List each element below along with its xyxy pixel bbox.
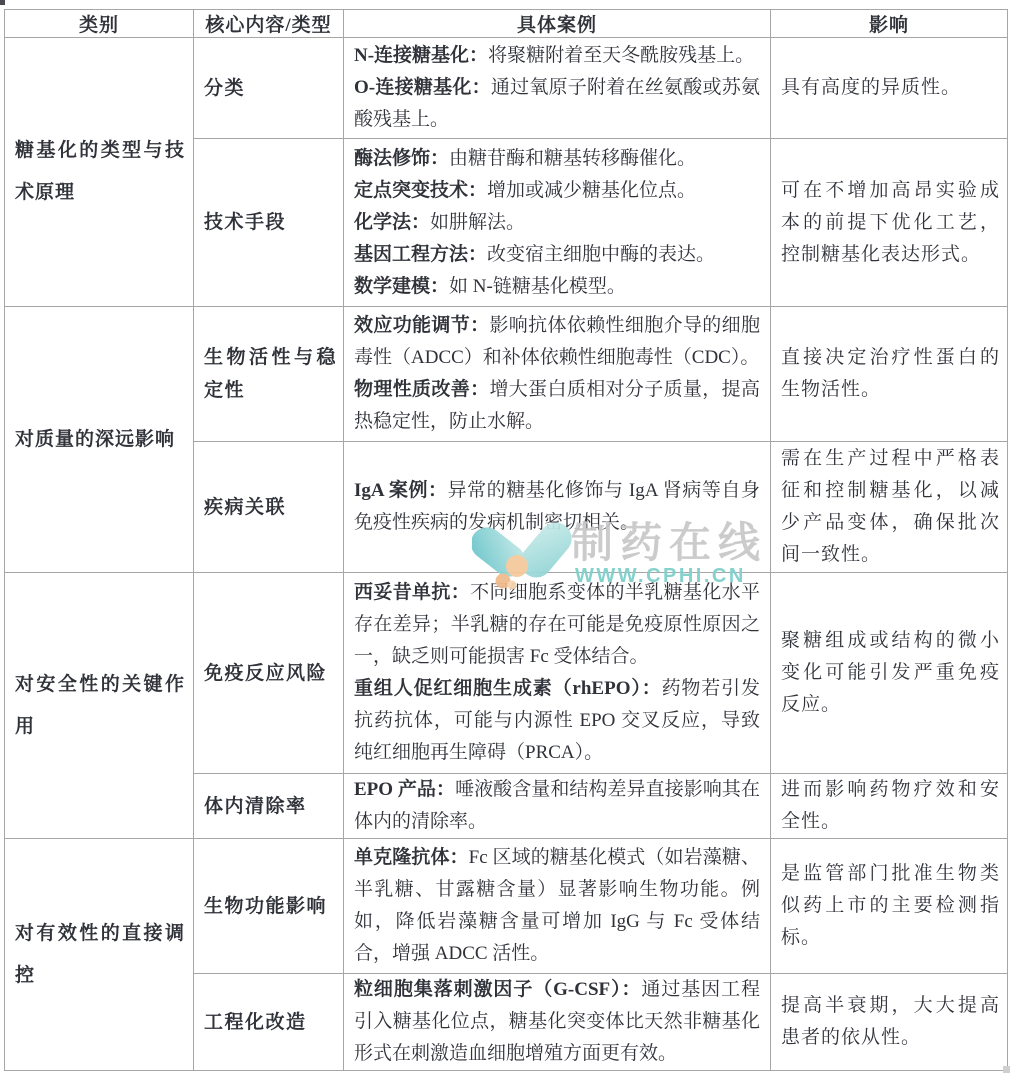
case-text: 改变宿主细胞中酶的表达。 xyxy=(487,244,715,265)
type-cell: 分类 xyxy=(194,38,344,139)
case-label: N-连接糖基化： xyxy=(354,45,488,66)
case-paragraph: IgA 案例：异常的糖基化修饰与 IgA 肾病等自身免疫性疾病的发病机制密切相关… xyxy=(354,475,760,539)
type-cell: 技术手段 xyxy=(194,139,344,307)
category-cell: 糖基化的类型与技术原理 xyxy=(5,38,194,307)
impact-cell: 聚糖组成或结构的微小变化可能引发严重免疫反应。 xyxy=(771,573,1008,774)
impact-cell: 可在不增加高昂实验成本的前提下优化工艺，控制糖基化表达形式。 xyxy=(771,139,1008,307)
case-paragraph: 定点突变技术：增加或减少糖基化位点。 xyxy=(354,175,760,207)
category-cell: 对质量的深远影响 xyxy=(5,307,194,573)
case-paragraph: 数学建模：如 N-链糖基化模型。 xyxy=(354,271,760,303)
case-label: 定点突变技术： xyxy=(354,180,487,201)
case-text: 如 N-链糖基化模型。 xyxy=(449,276,626,297)
case-text: 将聚糖附着至天冬酰胺残基上。 xyxy=(488,45,754,66)
case-text: 如肼解法。 xyxy=(430,212,525,233)
case-paragraph: 单克隆抗体：Fc 区域的糖基化模式（如岩藻糖、半乳糖、甘露糖含量）显著影响生物功… xyxy=(354,842,760,970)
col-header-type: 核心内容/类型 xyxy=(194,10,344,38)
cases-cell: 效应功能调节：影响抗体依赖性细胞介导的细胞毒性（ADCC）和补体依赖性细胞毒性（… xyxy=(344,307,771,442)
category-cell: 对安全性的关键作用 xyxy=(5,573,194,839)
cases-cell: 粒细胞集落刺激因子（G-CSF）：通过基因工程引入糖基化位点，糖基化突变体比天然… xyxy=(344,974,771,1071)
case-paragraph: 物理性质改善：增大蛋白质相对分子质量，提高热稳定性，防止水解。 xyxy=(354,374,760,438)
cases-cell: IgA 案例：异常的糖基化修饰与 IgA 肾病等自身免疫性疾病的发病机制密切相关… xyxy=(344,442,771,573)
col-header-impact: 影响 xyxy=(771,10,1008,38)
impact-cell: 是监管部门批准生物类似药上市的主要检测指标。 xyxy=(771,839,1008,974)
case-paragraph: 重组人促红细胞生成素（rhEPO）：药物若引发抗药抗体，可能与内源性 EPO 交… xyxy=(354,673,760,769)
impact-cell: 提高半衰期，大大提高患者的依从性。 xyxy=(771,974,1008,1071)
case-label: 化学法： xyxy=(354,212,430,233)
table-select-handle-icon[interactable] xyxy=(0,0,5,5)
table-row: 对质量的深远影响 生物活性与稳定性 效应功能调节：影响抗体依赖性细胞介导的细胞毒… xyxy=(5,307,1008,442)
category-cell: 对有效性的直接调控 xyxy=(5,839,194,1071)
type-cell: 生物活性与稳定性 xyxy=(194,307,344,442)
case-label: 粒细胞集落刺激因子（G-CSF）： xyxy=(354,979,641,1000)
case-paragraph: 粒细胞集落刺激因子（G-CSF）：通过基因工程引入糖基化位点，糖基化突变体比天然… xyxy=(354,974,760,1070)
col-header-category: 类别 xyxy=(5,10,194,38)
impact-cell: 直接决定治疗性蛋白的生物活性。 xyxy=(771,307,1008,442)
case-paragraph: 效应功能调节：影响抗体依赖性细胞介导的细胞毒性（ADCC）和补体依赖性细胞毒性（… xyxy=(354,310,760,374)
type-cell: 工程化改造 xyxy=(194,974,344,1071)
type-cell: 疾病关联 xyxy=(194,442,344,573)
glycosylation-table: 类别 核心内容/类型 具体案例 影响 糖基化的类型与技术原理 分类 N-连接糖基… xyxy=(4,9,1008,1071)
case-label: 物理性质改善： xyxy=(354,379,489,400)
case-label: 重组人促红细胞生成素（rhEPO）： xyxy=(354,678,662,699)
cases-cell: EPO 产品：唾液酸含量和结构差异直接影响其在体内的清除率。 xyxy=(344,774,771,839)
type-cell: 免疫反应风险 xyxy=(194,573,344,774)
cases-cell: 酶法修饰：由糖苷酶和糖基转移酶催化。 定点突变技术：增加或减少糖基化位点。 化学… xyxy=(344,139,771,307)
type-cell: 体内清除率 xyxy=(194,774,344,839)
case-paragraph: 西妥昔单抗：不同细胞系变体的半乳糖基化水平存在差异；半乳糖的存在可能是免疫原性原… xyxy=(354,577,760,673)
case-paragraph: 基因工程方法：改变宿主细胞中酶的表达。 xyxy=(354,239,760,271)
header-row: 类别 核心内容/类型 具体案例 影响 xyxy=(5,10,1008,38)
case-label: 数学建模： xyxy=(354,276,449,297)
impact-cell: 进而影响药物疗效和安全性。 xyxy=(771,774,1008,839)
type-cell: 生物功能影响 xyxy=(194,839,344,974)
case-paragraph: O-连接糖基化：通过氧原子附着在丝氨酸或苏氨酸残基上。 xyxy=(354,72,760,136)
case-label: 酶法修饰： xyxy=(354,148,449,169)
table-row: 糖基化的类型与技术原理 分类 N-连接糖基化：将聚糖附着至天冬酰胺残基上。 O-… xyxy=(5,38,1008,139)
table-row: 对安全性的关键作用 免疫反应风险 西妥昔单抗：不同细胞系变体的半乳糖基化水平存在… xyxy=(5,573,1008,774)
document-page: 类别 核心内容/类型 具体案例 影响 糖基化的类型与技术原理 分类 N-连接糖基… xyxy=(0,0,1010,1074)
impact-cell: 需在生产过程中严格表征和控制糖基化，以减少产品变体，确保批次间一致性。 xyxy=(771,442,1008,573)
case-paragraph: EPO 产品：唾液酸含量和结构差异直接影响其在体内的清除率。 xyxy=(354,774,760,838)
col-header-cases: 具体案例 xyxy=(344,10,771,38)
case-paragraph: N-连接糖基化：将聚糖附着至天冬酰胺残基上。 xyxy=(354,40,760,72)
case-label: 西妥昔单抗： xyxy=(354,582,470,603)
case-label: 基因工程方法： xyxy=(354,244,487,265)
case-label: 效应功能调节： xyxy=(354,315,489,336)
case-label: IgA 案例： xyxy=(354,480,448,501)
case-text: 增加或减少糖基化位点。 xyxy=(487,180,696,201)
case-label: 单克隆抗体： xyxy=(354,847,469,868)
impact-cell: 具有高度的异质性。 xyxy=(771,38,1008,139)
case-paragraph: 酶法修饰：由糖苷酶和糖基转移酶催化。 xyxy=(354,143,760,175)
cases-cell: 单克隆抗体：Fc 区域的糖基化模式（如岩藻糖、半乳糖、甘露糖含量）显著影响生物功… xyxy=(344,839,771,974)
case-label: EPO 产品： xyxy=(354,779,455,800)
cases-cell: N-连接糖基化：将聚糖附着至天冬酰胺残基上。 O-连接糖基化：通过氧原子附着在丝… xyxy=(344,38,771,139)
table-resize-handle-icon[interactable] xyxy=(1003,1066,1010,1073)
table-row: 对有效性的直接调控 生物功能影响 单克隆抗体：Fc 区域的糖基化模式（如岩藻糖、… xyxy=(5,839,1008,974)
cases-cell: 西妥昔单抗：不同细胞系变体的半乳糖基化水平存在差异；半乳糖的存在可能是免疫原性原… xyxy=(344,573,771,774)
case-text: 由糖苷酶和糖基转移酶催化。 xyxy=(449,148,696,169)
case-paragraph: 化学法：如肼解法。 xyxy=(354,207,760,239)
case-label: O-连接糖基化： xyxy=(354,77,491,98)
